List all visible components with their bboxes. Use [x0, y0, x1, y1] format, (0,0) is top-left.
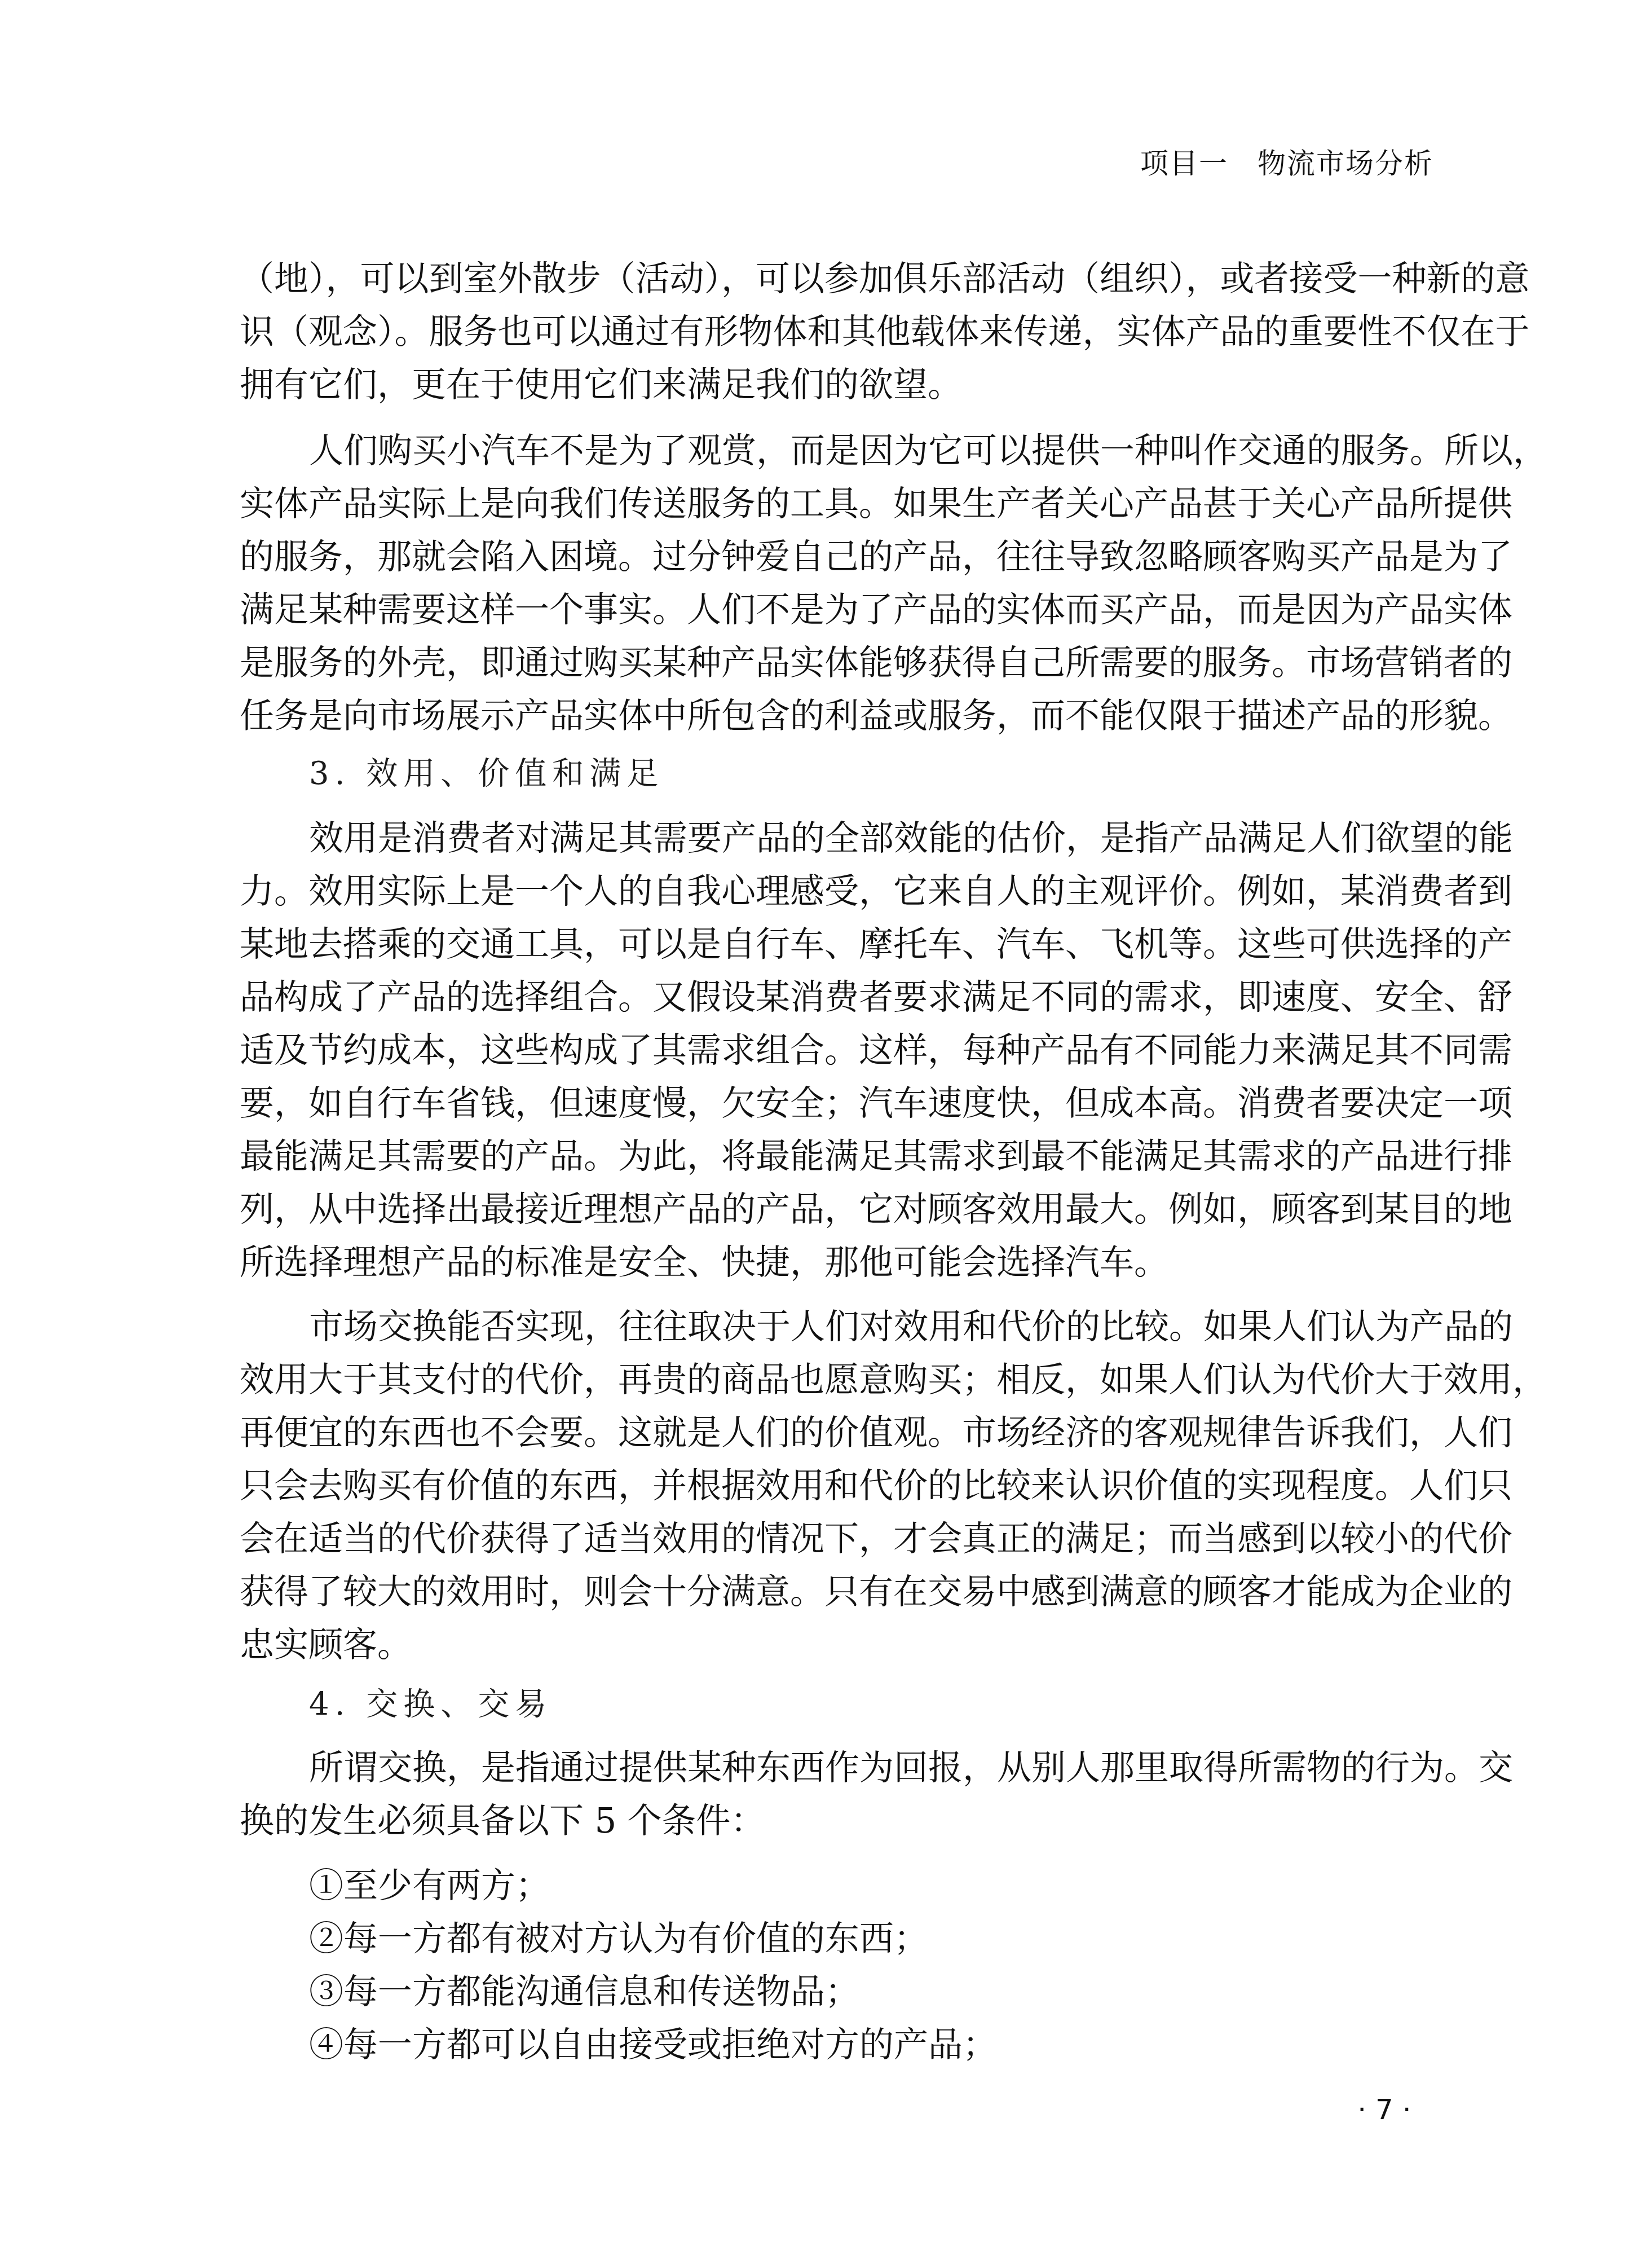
condition-item: ④每一方都可以自由接受或拒绝对方的产品； — [309, 2019, 997, 2072]
paragraph-line: 力。效用实际上是一个人的自我心理感受，它来自人的主观评价。例如，某消费者到 — [240, 865, 1431, 918]
paragraph-line: 换的发生必须具备以下 5 个条件： — [240, 1795, 1431, 1848]
paragraph-line: 获得了较大的效用时，则会十分满意。只有在交易中感到满意的顾客才能成为企业的 — [240, 1566, 1431, 1619]
paragraph-line: 识（观念）。服务也可以通过有形物体和其他载体来传递，实体产品的重要性不仅在于 — [240, 306, 1431, 359]
condition-item: ③每一方都能沟通信息和传送物品； — [309, 1966, 859, 2019]
paragraph-line: 市场交换能否实现，往往取决于人们对效用和代价的比较。如果人们认为产品的 — [309, 1301, 1431, 1354]
running-header: 项目一 物流市场分析 — [1140, 144, 1433, 183]
document-page: 项目一 物流市场分析 （地），可以到室外散步（活动），可以参加俱乐部活动（组织）… — [0, 0, 1628, 2268]
paragraph-line: 忠实顾客。 — [240, 1619, 1431, 1672]
condition-item: ①至少有两方； — [309, 1860, 550, 1913]
paragraph-line: 拥有它们，更在于使用它们来满足我们的欲望。 — [240, 359, 1431, 412]
section-heading: 4. 交换、交易 — [309, 1678, 552, 1731]
paragraph-line: 效用是消费者对满足其需要产品的全部效能的估价，是指产品满足人们欲望的能 — [309, 812, 1431, 865]
page-number: · 7 · — [1348, 2087, 1421, 2132]
paragraph-line: 再便宜的东西也不会要。这就是人们的价值观。市场经济的客观规律告诉我们，人们 — [240, 1407, 1431, 1460]
paragraph-line: 任务是向市场展示产品实体中所包含的利益或服务，而不能仅限于描述产品的形貌。 — [240, 690, 1431, 743]
section-heading: 3. 效用、价值和满足 — [309, 747, 664, 800]
paragraph-line: 只会去购买有价值的东西，并根据效用和代价的比较来认识价值的实现程度。人们只 — [240, 1460, 1431, 1513]
condition-item: ②每一方都有被对方认为有价值的东西； — [309, 1913, 928, 1966]
paragraph-line: 所谓交换，是指通过提供某种东西作为回报，从别人那里取得所需物的行为。交 — [309, 1742, 1431, 1795]
paragraph-line: 会在适当的代价获得了适当效用的情况下，才会真正的满足；而当感到以较小的代价 — [240, 1513, 1431, 1566]
paragraph-line: （地），可以到室外散步（活动），可以参加俱乐部活动（组织），或者接受一种新的意 — [240, 253, 1431, 306]
paragraph-line: 所选择理想产品的标准是安全、快捷，那他可能会选择汽车。 — [240, 1236, 1431, 1289]
paragraph-line: 的服务，那就会陷入困境。过分钟爱自己的产品，往往导致忽略顾客购买产品是为了 — [240, 531, 1431, 584]
paragraph-line: 要，如自行车省钱，但速度慢，欠安全；汽车速度快，但成本高。消费者要决定一项 — [240, 1077, 1431, 1130]
paragraph-line: 实体产品实际上是向我们传送服务的工具。如果生产者关心产品甚于关心产品所提供 — [240, 478, 1431, 531]
paragraph-line: 是服务的外壳，即通过购买某种产品实体能够获得自己所需要的服务。市场营销者的 — [240, 637, 1431, 690]
paragraph-line: 人们购买小汽车不是为了观赏，而是因为它可以提供一种叫作交通的服务。所以， — [309, 425, 1431, 478]
paragraph-line: 满足某种需要这样一个事实。人们不是为了产品的实体而买产品，而是因为产品实体 — [240, 584, 1431, 637]
paragraph-line: 列，从中选择出最接近理想产品的产品，它对顾客效用最大。例如，顾客到某目的地 — [240, 1183, 1431, 1236]
paragraph-line: 最能满足其需要的产品。为此，将最能满足其需求到最不能满足其需求的产品进行排 — [240, 1130, 1431, 1183]
paragraph-line: 适及节约成本，这些构成了其需求组合。这样，每种产品有不同能力来满足其不同需 — [240, 1024, 1431, 1077]
paragraph-line: 效用大于其支付的代价，再贵的商品也愿意购买；相反，如果人们认为代价大于效用， — [240, 1354, 1431, 1407]
paragraph-line: 品构成了产品的选择组合。又假设某消费者要求满足不同的需求，即速度、安全、舒 — [240, 971, 1431, 1024]
paragraph-line: 某地去搭乘的交通工具，可以是自行车、摩托车、汽车、飞机等。这些可供选择的产 — [240, 918, 1431, 971]
